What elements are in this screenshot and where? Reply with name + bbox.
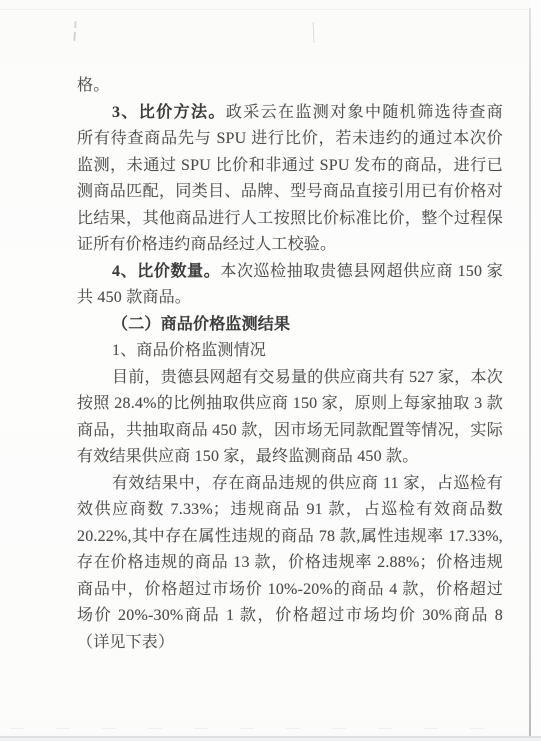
document-text: 共 450 款商品。 bbox=[77, 289, 191, 306]
document-heading-text: 4、比价数量。 bbox=[112, 263, 220, 280]
document-line: 场价 20%-30%商品 1 款，价格超过市场均价 30%商品 8 款。 bbox=[77, 603, 503, 630]
document-text: 所有待查商品先与 SPU 进行比价，若未违约的通过本次价格 bbox=[77, 130, 503, 153]
scan-smudge-mark bbox=[312, 22, 316, 43]
document-line: 有效结果中，存在商品违规的供应商 11 家，占巡检有 bbox=[77, 471, 503, 498]
document-heading-text: 3、比价方法。 bbox=[112, 104, 226, 121]
document-text: 目前，贵德县网超有交易量的供应商共有 527 家，本次 bbox=[112, 369, 503, 386]
document-text: 场价 20%-30%商品 1 款，价格超过市场均价 30%商品 8 款。 bbox=[77, 607, 503, 630]
document-line: 存在价格违规的商品 13 款，价格违规率 2.88%；价格违规的 bbox=[77, 550, 503, 577]
scan-right-margin-strip bbox=[531, 0, 541, 741]
document-line: 3、比价方法。政采云在监测对象中随机筛选待查商品， bbox=[77, 100, 503, 127]
document-text: 效供应商数 7.33%；违规商品 91 款，占巡检有效商品数 bbox=[77, 501, 503, 518]
document-text: 20.22%,其中存在属性违规的商品 78 款,属性违规率 17.33%, bbox=[77, 528, 503, 545]
document-heading-text: （二）商品价格监测结果 bbox=[112, 316, 290, 333]
document-text: 格。 bbox=[77, 77, 109, 94]
scan-faint-dotted-line bbox=[10, 728, 510, 729]
scan-top-edge-line bbox=[0, 9, 541, 10]
document-line: 监测，未通过 SPU 比价和非通过 SPU 发布的商品，进行已监 bbox=[77, 153, 503, 180]
document-text: 监测，未通过 SPU 比价和非通过 SPU 发布的商品，进行已监 bbox=[77, 157, 503, 180]
document-line: 共 450 款商品。 bbox=[77, 285, 503, 312]
scan-page-edge-line-right bbox=[529, 8, 531, 739]
document-line: 4、比价数量。本次巡检抽取贵德县网超供应商 150 家 bbox=[77, 259, 503, 286]
text-block: 格。3、比价方法。政采云在监测对象中随机筛选待查商品，所有待查商品先与 SPU … bbox=[77, 73, 503, 656]
document-text: 商品中，价格超过市场价 10%-20%的商品 4 款，价格超过市 bbox=[77, 581, 503, 604]
document-line: 目前，贵德县网超有交易量的供应商共有 527 家，本次 bbox=[77, 365, 503, 392]
document-line: 测商品匹配，同类目、品牌、型号商品直接引用已有价格对 bbox=[77, 179, 503, 206]
document-line: 按照 28.4%的比例抽取供应商 150 家，原则上每家抽取 3 款 bbox=[77, 391, 503, 418]
document-text: 1、商品价格监测情况 bbox=[112, 342, 266, 359]
document-line: （二）商品价格监测结果 bbox=[77, 312, 503, 339]
document-text: 有效结果供应商 150 家，最终监测商品 450 款。 bbox=[77, 448, 418, 465]
document-text: 有效结果中，存在商品违规的供应商 11 家，占巡检有 bbox=[112, 475, 503, 492]
document-line: 证所有价格违约商品经过人工校验。 bbox=[77, 232, 503, 259]
document-line: 商品，共抽取商品 450 款，因市场无同款配置等情况，实际 bbox=[77, 418, 503, 445]
document-text: 证所有价格违约商品经过人工校验。 bbox=[77, 236, 336, 253]
document-text: 比结果，其他商品进行人工按照比价标准比价，整个过程保 bbox=[77, 210, 503, 227]
document-text: 按照 28.4%的比例抽取供应商 150 家，原则上每家抽取 3 款 bbox=[77, 395, 503, 412]
document-text: 测商品匹配，同类目、品牌、型号商品直接引用已有价格对 bbox=[77, 183, 503, 200]
document-line: 20.22%,其中存在属性违规的商品 78 款,属性违规率 17.33%, bbox=[77, 524, 503, 551]
document-line: 1、商品价格监测情况 bbox=[77, 338, 503, 365]
scan-smudge-mark bbox=[73, 21, 76, 41]
document-text: 商品，共抽取商品 450 款，因市场无同款配置等情况，实际 bbox=[77, 422, 503, 439]
document-text: （详见下表） bbox=[77, 634, 174, 651]
document-text: 存在价格违规的商品 13 款，价格违规率 2.88%；价格违规的 bbox=[77, 554, 503, 577]
document-line: 比结果，其他商品进行人工按照比价标准比价，整个过程保 bbox=[77, 206, 503, 233]
document-line: 格。 bbox=[77, 73, 503, 100]
document-text: 本次巡检抽取贵德县网超供应商 150 家 bbox=[220, 263, 503, 280]
document-page: 格。3、比价方法。政采云在监测对象中随机筛选待查商品，所有待查商品先与 SPU … bbox=[0, 0, 541, 741]
document-line: （详见下表） bbox=[77, 630, 503, 657]
document-line: 商品中，价格超过市场价 10%-20%的商品 4 款，价格超过市 bbox=[77, 577, 503, 604]
document-line: 有效结果供应商 150 家，最终监测商品 450 款。 bbox=[77, 444, 503, 471]
document-line: 所有待查商品先与 SPU 进行比价，若未违约的通过本次价格 bbox=[77, 126, 503, 153]
document-line: 效供应商数 7.33%；违规商品 91 款，占巡检有效商品数 bbox=[77, 497, 503, 524]
